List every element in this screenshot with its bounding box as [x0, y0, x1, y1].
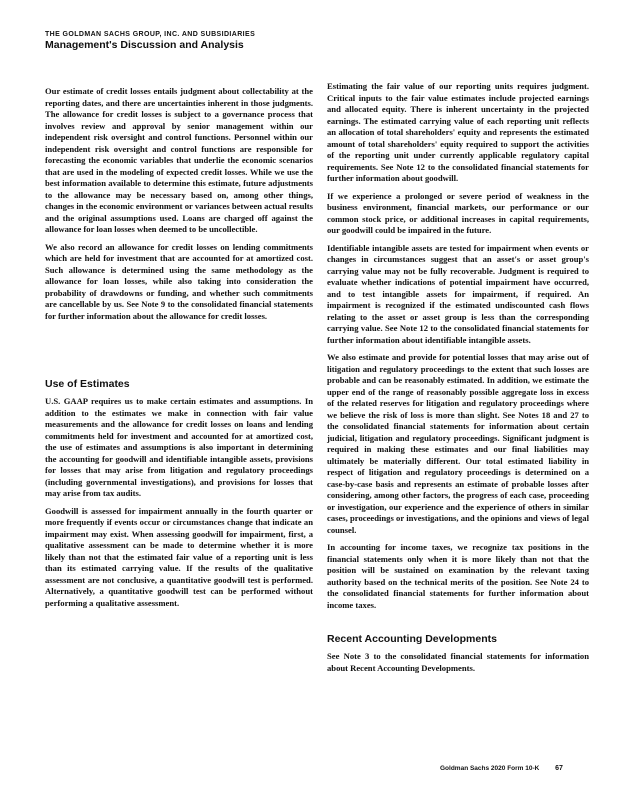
- paragraph: Identifiable intangible assets are teste…: [327, 243, 589, 347]
- spacer: [327, 617, 589, 633]
- section-title: Management's Discussion and Analysis: [45, 39, 255, 52]
- paragraph: Our estimate of credit losses entails ju…: [45, 86, 313, 236]
- publication-name: Goldman Sachs 2020 Form 10-K: [440, 765, 539, 772]
- paragraph: See Note 3 to the consolidated financial…: [327, 651, 589, 674]
- page-footer: Goldman Sachs 2020 Form 10-K 67: [440, 765, 563, 772]
- left-column: Our estimate of credit losses entails ju…: [45, 86, 313, 615]
- heading-use-of-estimates: Use of Estimates: [45, 378, 313, 391]
- page-header: The Goldman Sachs Group, Inc. and Subsid…: [45, 30, 255, 52]
- heading-recent-accounting-developments: Recent Accounting Developments: [327, 633, 589, 646]
- paragraph: Goodwill is assessed for impairment annu…: [45, 506, 313, 610]
- document-page: The Goldman Sachs Group, Inc. and Subsid…: [0, 0, 618, 800]
- paragraph: If we experience a prolonged or severe p…: [327, 191, 589, 237]
- page-number: 67: [555, 765, 563, 772]
- company-name: The Goldman Sachs Group, Inc. and Subsid…: [45, 30, 255, 39]
- paragraph: U.S. GAAP requires us to make certain es…: [45, 396, 313, 500]
- paragraph: In accounting for income taxes, we recog…: [327, 542, 589, 611]
- paragraph: We also record an allowance for credit l…: [45, 242, 313, 323]
- right-column: Estimating the fair value of our reporti…: [327, 81, 589, 680]
- spacer: [45, 328, 313, 378]
- paragraph: Estimating the fair value of our reporti…: [327, 81, 589, 185]
- paragraph: We also estimate and provide for potenti…: [327, 352, 589, 536]
